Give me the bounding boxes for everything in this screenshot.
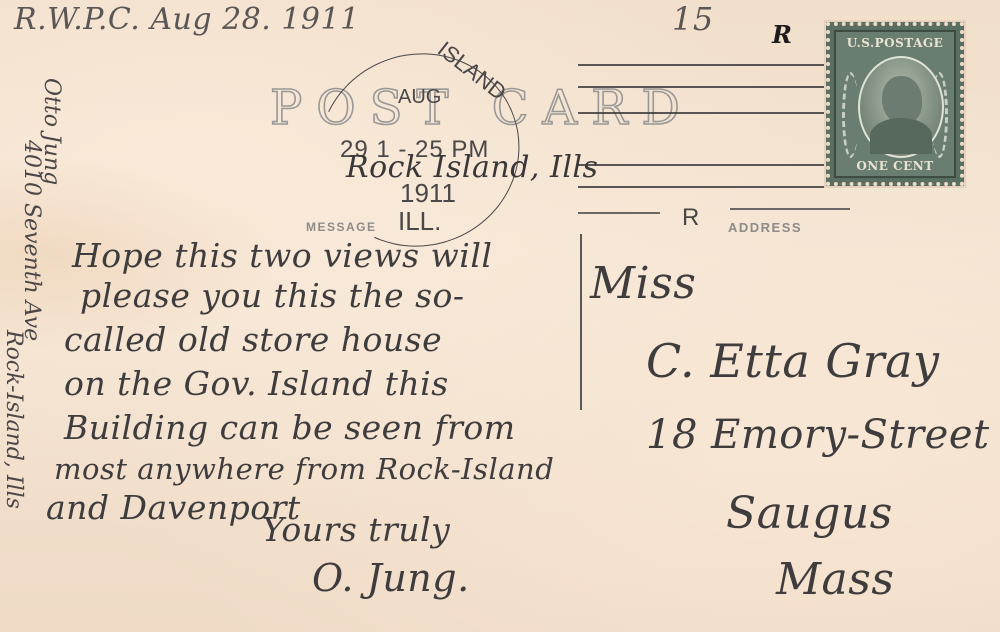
label-rule [730, 208, 850, 210]
cancel-line [578, 64, 828, 66]
label-rule [578, 212, 660, 214]
portrait-body-icon [870, 118, 932, 154]
message-line: please you this the so- [80, 276, 465, 315]
cancel-line [578, 164, 828, 166]
recipient-salutation: Miss [590, 258, 696, 309]
price-note: 15 [672, 0, 714, 38]
stamp-bottom-text: ONE CENT [836, 159, 954, 173]
registered-mark: R [682, 204, 699, 232]
cancel-line [578, 86, 828, 88]
postmark-month: AUG [398, 86, 441, 109]
message-line: called old store house [64, 320, 442, 359]
message-closing: Yours truly [262, 510, 450, 549]
cancel-line [578, 186, 828, 188]
message-line: on the Gov. Island this [64, 364, 449, 403]
handwritten-origin: Rock Island, Ills [346, 150, 598, 185]
laurel-wreath-icon [842, 72, 859, 158]
cancel-line [578, 112, 828, 114]
recipient-state: Mass [776, 554, 894, 605]
portrait-head-icon [882, 76, 922, 124]
recipient-street: 18 Emory-Street [646, 412, 990, 458]
address-label: ADDRESS [728, 220, 802, 235]
postcard: R.W.P.C. Aug 28. 1911 15 R POST CARD ISL… [0, 0, 1000, 632]
archive-annotation: R.W.P.C. Aug 28. 1911 [14, 2, 360, 37]
postmark-state: ILL. [398, 206, 441, 237]
recipient-city: Saugus [726, 488, 893, 539]
section-divider [580, 234, 582, 410]
recipient-name: C. Etta Gray [646, 334, 940, 388]
message-label: MESSAGE [306, 220, 377, 234]
stamp-frame: U.S.POSTAGE ONE CENT [834, 30, 956, 178]
portrait-oval [858, 56, 944, 158]
return-address-city: Rock-Island, Ills [1, 330, 26, 509]
postage-stamp: U.S.POSTAGE ONE CENT [826, 22, 964, 186]
signature: O. Jung. [312, 556, 470, 600]
message-line: Hope this two views will [72, 236, 492, 275]
return-address-street: 4010 Seventh Ave [19, 140, 44, 341]
message-line: most anywhere from Rock-Island [54, 452, 554, 486]
stamp-top-text: U.S.POSTAGE [836, 36, 954, 50]
message-line: Building can be seen from [64, 408, 516, 447]
r-mark: R [772, 20, 792, 49]
